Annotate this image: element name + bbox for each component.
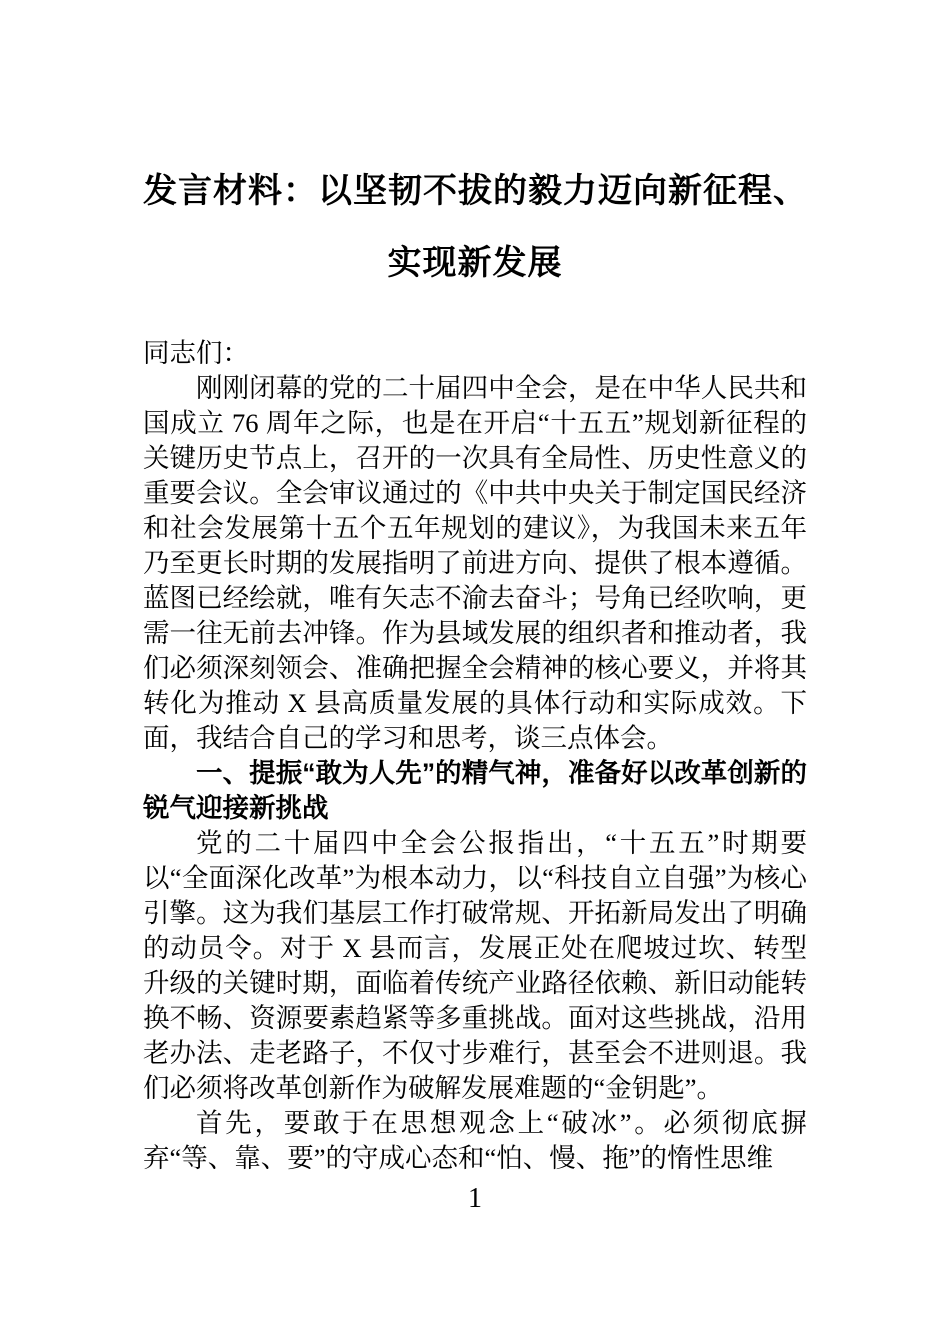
document-body: 同志们： 刚刚闭幕的党的二十届四中全会，是在中华人民共和国成立 76 周年之际，…	[143, 336, 807, 1176]
section-heading-1: 一、提振“敢为人先”的精气神，准备好以改革创新的锐气迎接新挑战	[143, 756, 807, 826]
paragraph-1: 刚刚闭幕的党的二十届四中全会，是在中华人民共和国成立 76 周年之际，也是在开启…	[143, 371, 807, 756]
salutation: 同志们：	[143, 336, 807, 371]
page-number: 1	[0, 1182, 950, 1216]
title-line-2: 实现新发展	[143, 227, 807, 299]
document-title: 发言材料：以坚韧不拔的毅力迈向新征程、 实现新发展	[143, 155, 807, 299]
title-line-1: 发言材料：以坚韧不拔的毅力迈向新征程、	[143, 155, 807, 227]
paragraph-3: 首先，要敢于在思想观念上“破冰”。必须彻底摒弃“等、靠、要”的守成心态和“怕、慢…	[143, 1106, 807, 1176]
paragraph-2: 党的二十届四中全会公报指出，“十五五”时期要以“全面深化改革”为根本动力，以“科…	[143, 826, 807, 1106]
document-page: 发言材料：以坚韧不拔的毅力迈向新征程、 实现新发展 同志们： 刚刚闭幕的党的二十…	[0, 0, 950, 1344]
